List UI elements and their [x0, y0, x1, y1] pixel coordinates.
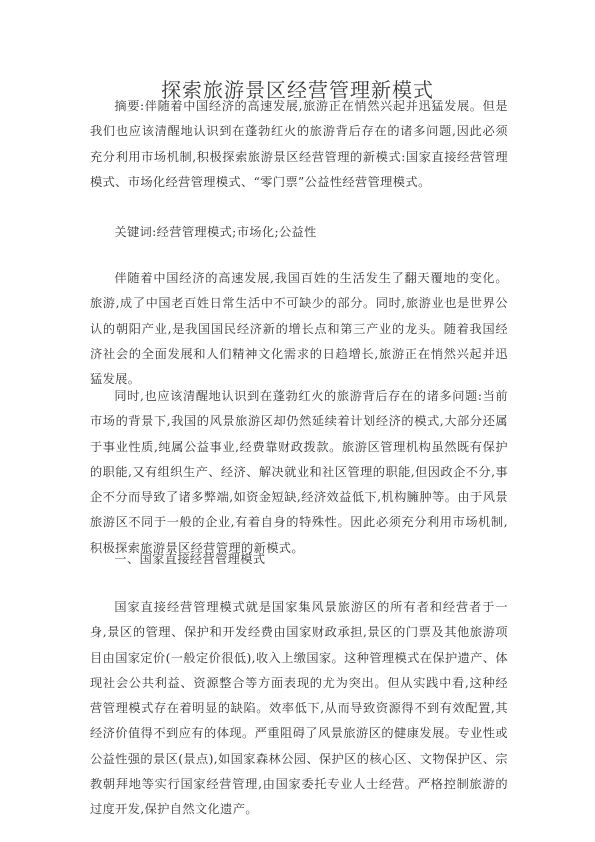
- body-paragraph: 伴随着中国经济的高速发展,我国百姓的生活发生了翻天覆地的变化。旅游,成了中国老百…: [90, 266, 508, 392]
- keywords-line: 关键词:经营管理模式;市场化;公益性: [90, 220, 508, 245]
- section-heading: 一、国家直接经营管理模式: [90, 547, 508, 572]
- document-page: 探索旅游景区经营管理新模式 摘要:伴随着中国经济的高速发展,旅游正在悄然兴起并迅…: [0, 0, 595, 842]
- body-paragraph: 同时,也应该清醒地认识到在蓬勃红火的旅游背后存在的诸多问题:当前市场的背景下,我…: [90, 384, 508, 561]
- section-body-paragraph: 国家直接经营管理模式就是国家集风景旅游区的所有者和经营者于一身,景区的管理、保护…: [90, 595, 508, 823]
- abstract-paragraph: 摘要:伴随着中国经济的高速发展,旅游正在悄然兴起并迅猛发展。但是我们也应该清醒地…: [90, 94, 508, 195]
